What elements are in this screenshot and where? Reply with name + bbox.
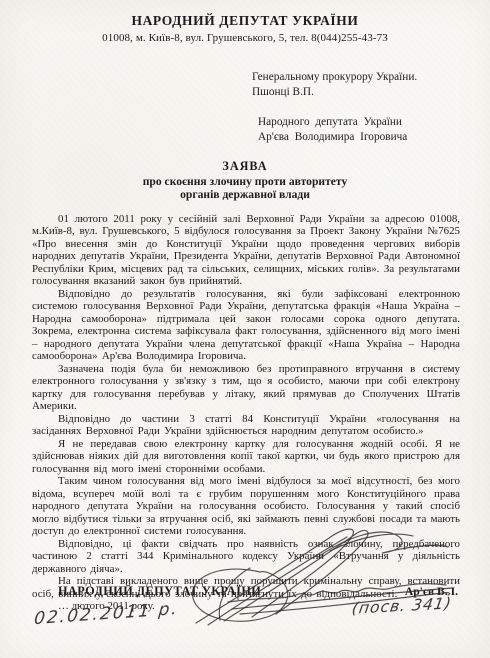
sender-line-1: Народного депутата України — [258, 115, 490, 130]
document-subtitle-2: органів державної влади — [0, 188, 490, 202]
scanned-document-page: НАРОДНИЙ ДЕПУТАТ УКРАЇНИ 01008, м. Київ-… — [0, 0, 490, 658]
letterhead-address: 01008, м. Київ-8, вул. Грушевського, 5, … — [0, 32, 490, 44]
body-paragraph: Відповідно, ці факти свідчать про наявні… — [32, 538, 460, 576]
body-paragraph: 01 лютого 2011 року у сесійній залі Верх… — [32, 213, 460, 288]
document-heading: ЗАЯВА про скоєння злочину проти авторите… — [0, 160, 490, 202]
document-title: ЗАЯВА — [0, 160, 490, 174]
body-paragraph: Я не передавав свою електронну картку дл… — [32, 438, 460, 476]
recipient-line-1: Генеральному прокурору України. — [252, 70, 490, 85]
body-paragraph: Зазначена подія була би неможливою без п… — [32, 363, 460, 413]
body-paragraph: Відповідно до частини 3 статті 84 Консти… — [32, 413, 460, 438]
document-subtitle-1: про скоєння злочину проти авторитету — [0, 175, 490, 189]
sender-block: Народного депутата України Ар'єва Володи… — [258, 115, 490, 145]
document-body: 01 лютого 2011 року у сесійній залі Верх… — [32, 213, 460, 601]
body-paragraph: Таким чином голосування від мого імені в… — [32, 475, 460, 538]
sender-line-2: Ар'єва Володимира Ігоровича — [258, 130, 490, 145]
recipient-line-2: Пшонці В.П. — [252, 85, 490, 100]
letterhead-title: НАРОДНИЙ ДЕПУТАТ УКРАЇНИ — [0, 0, 490, 29]
body-paragraph: Відповідно до результатів голосування, я… — [32, 288, 460, 363]
recipient-block: Генеральному прокурору України. Пшонці В… — [252, 70, 490, 100]
signature-title: НАРОДНИЙ ДЕПУТАТ УКРАЇНИ — [58, 584, 261, 599]
